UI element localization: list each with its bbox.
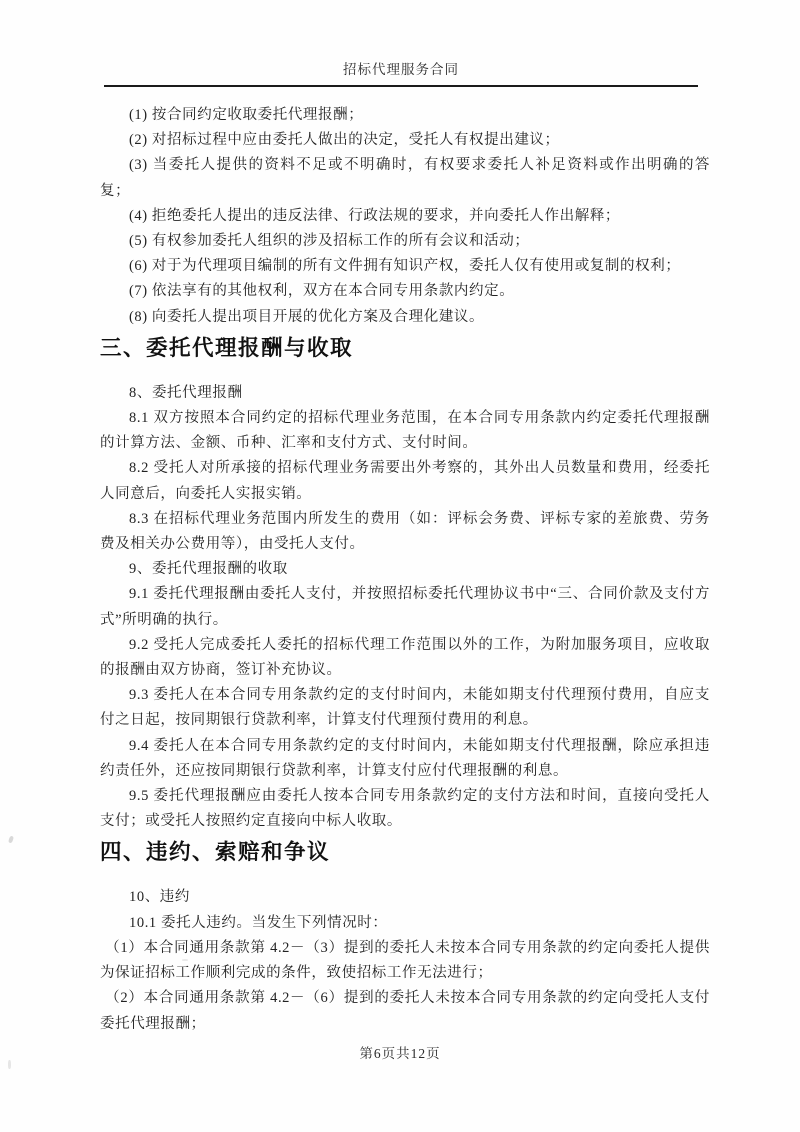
list-item-3: (3) 当委托人提供的资料不足或不明确时，有权要求委托人补足资料或作出明确的答复… [100, 153, 710, 203]
clause-8-title: 8、委托代理报酬 [100, 381, 710, 406]
clause-9-2: 9.2 受托人完成委托人委托的招标代理工作范围以外的工作，为附加服务项目，应收取… [100, 633, 710, 683]
header-title: 招标代理服务合同 [343, 62, 459, 77]
page-footer: 第6页共12页 [0, 1042, 800, 1062]
list-item-6: (6) 对于为代理项目编制的所有文件拥有知识产权，委托人仅有使用或复制的权利； [100, 254, 710, 279]
list-item-5: (5) 有权参加委托人组织的涉及招标工作的所有会议和活动； [100, 229, 710, 254]
list-item-7: (7) 依法享有的其他权利，双方在本合同专用条款内约定。 [100, 279, 710, 304]
clause-9-1: 9.1 委托代理报酬由委托人支付，并按照招标委托代理协议书中“三、合同价款及支付… [100, 582, 710, 632]
document-body: (1) 按合同约定收取委托代理报酬； (2) 对招标过程中应由委托人做出的决定，… [100, 103, 710, 1037]
page-header: 招标代理服务合同 [104, 58, 698, 87]
clause-10-1: 10.1 委托人违约。当发生下列情况时： [100, 911, 710, 936]
page-number: 第6页共12页 [359, 1046, 440, 1061]
section-heading-4: 四、违约、索赔和争议 [100, 837, 710, 867]
clause-9-4: 9.4 委托人在本合同专用条款约定的支付时间内，未能如期支付代理报酬，除应承担违… [100, 734, 710, 784]
clause-9-title: 9、委托代理报酬的收取 [100, 557, 710, 582]
scan-artifact [8, 836, 14, 844]
clause-10-title: 10、违约 [100, 885, 710, 910]
breach-item-1: （1）本合同通用条款第 4.2－（3）提到的委托人未按本合同专用条款的约定向委托… [100, 936, 710, 986]
clause-9-3: 9.3 委托人在本合同专用条款约定的支付时间内，未能如期支付代理预付费用，自应支… [100, 683, 710, 733]
list-item-4: (4) 拒绝委托人提出的违反法律、行政法规的要求，并向委托人作出解释； [100, 204, 710, 229]
list-item-8: (8) 向委托人提出项目开展的优化方案及合理化建议。 [100, 305, 710, 330]
breach-item-2: （2）本合同通用条款第 4.2－（6）提到的委托人未按本合同专用条款的约定向受托… [100, 986, 710, 1036]
clause-9-5: 9.5 委托代理报酬应由委托人按本合同专用条款约定的支付方法和时间，直接向受托人… [100, 784, 710, 834]
clause-8-1: 8.1 双方按照本合同约定的招标代理业务范围，在本合同专用条款内约定委托代理报酬… [100, 406, 710, 456]
clause-8-3: 8.3 在招标代理业务范围内所发生的费用（如：评标会务费、评标专家的差旅费、劳务… [100, 507, 710, 557]
list-item-1: (1) 按合同约定收取委托代理报酬； [100, 103, 710, 128]
clause-8-2: 8.2 受托人对所承接的招标代理业务需要出外考察的，其外出人员数量和费用，经委托… [100, 456, 710, 506]
section-heading-3: 三、委托代理报酬与收取 [100, 333, 710, 363]
list-item-2: (2) 对招标过程中应由委托人做出的决定，受托人有权提出建议； [100, 128, 710, 153]
document-page: 招标代理服务合同 (1) 按合同约定收取委托代理报酬； (2) 对招标过程中应由… [0, 0, 800, 1132]
